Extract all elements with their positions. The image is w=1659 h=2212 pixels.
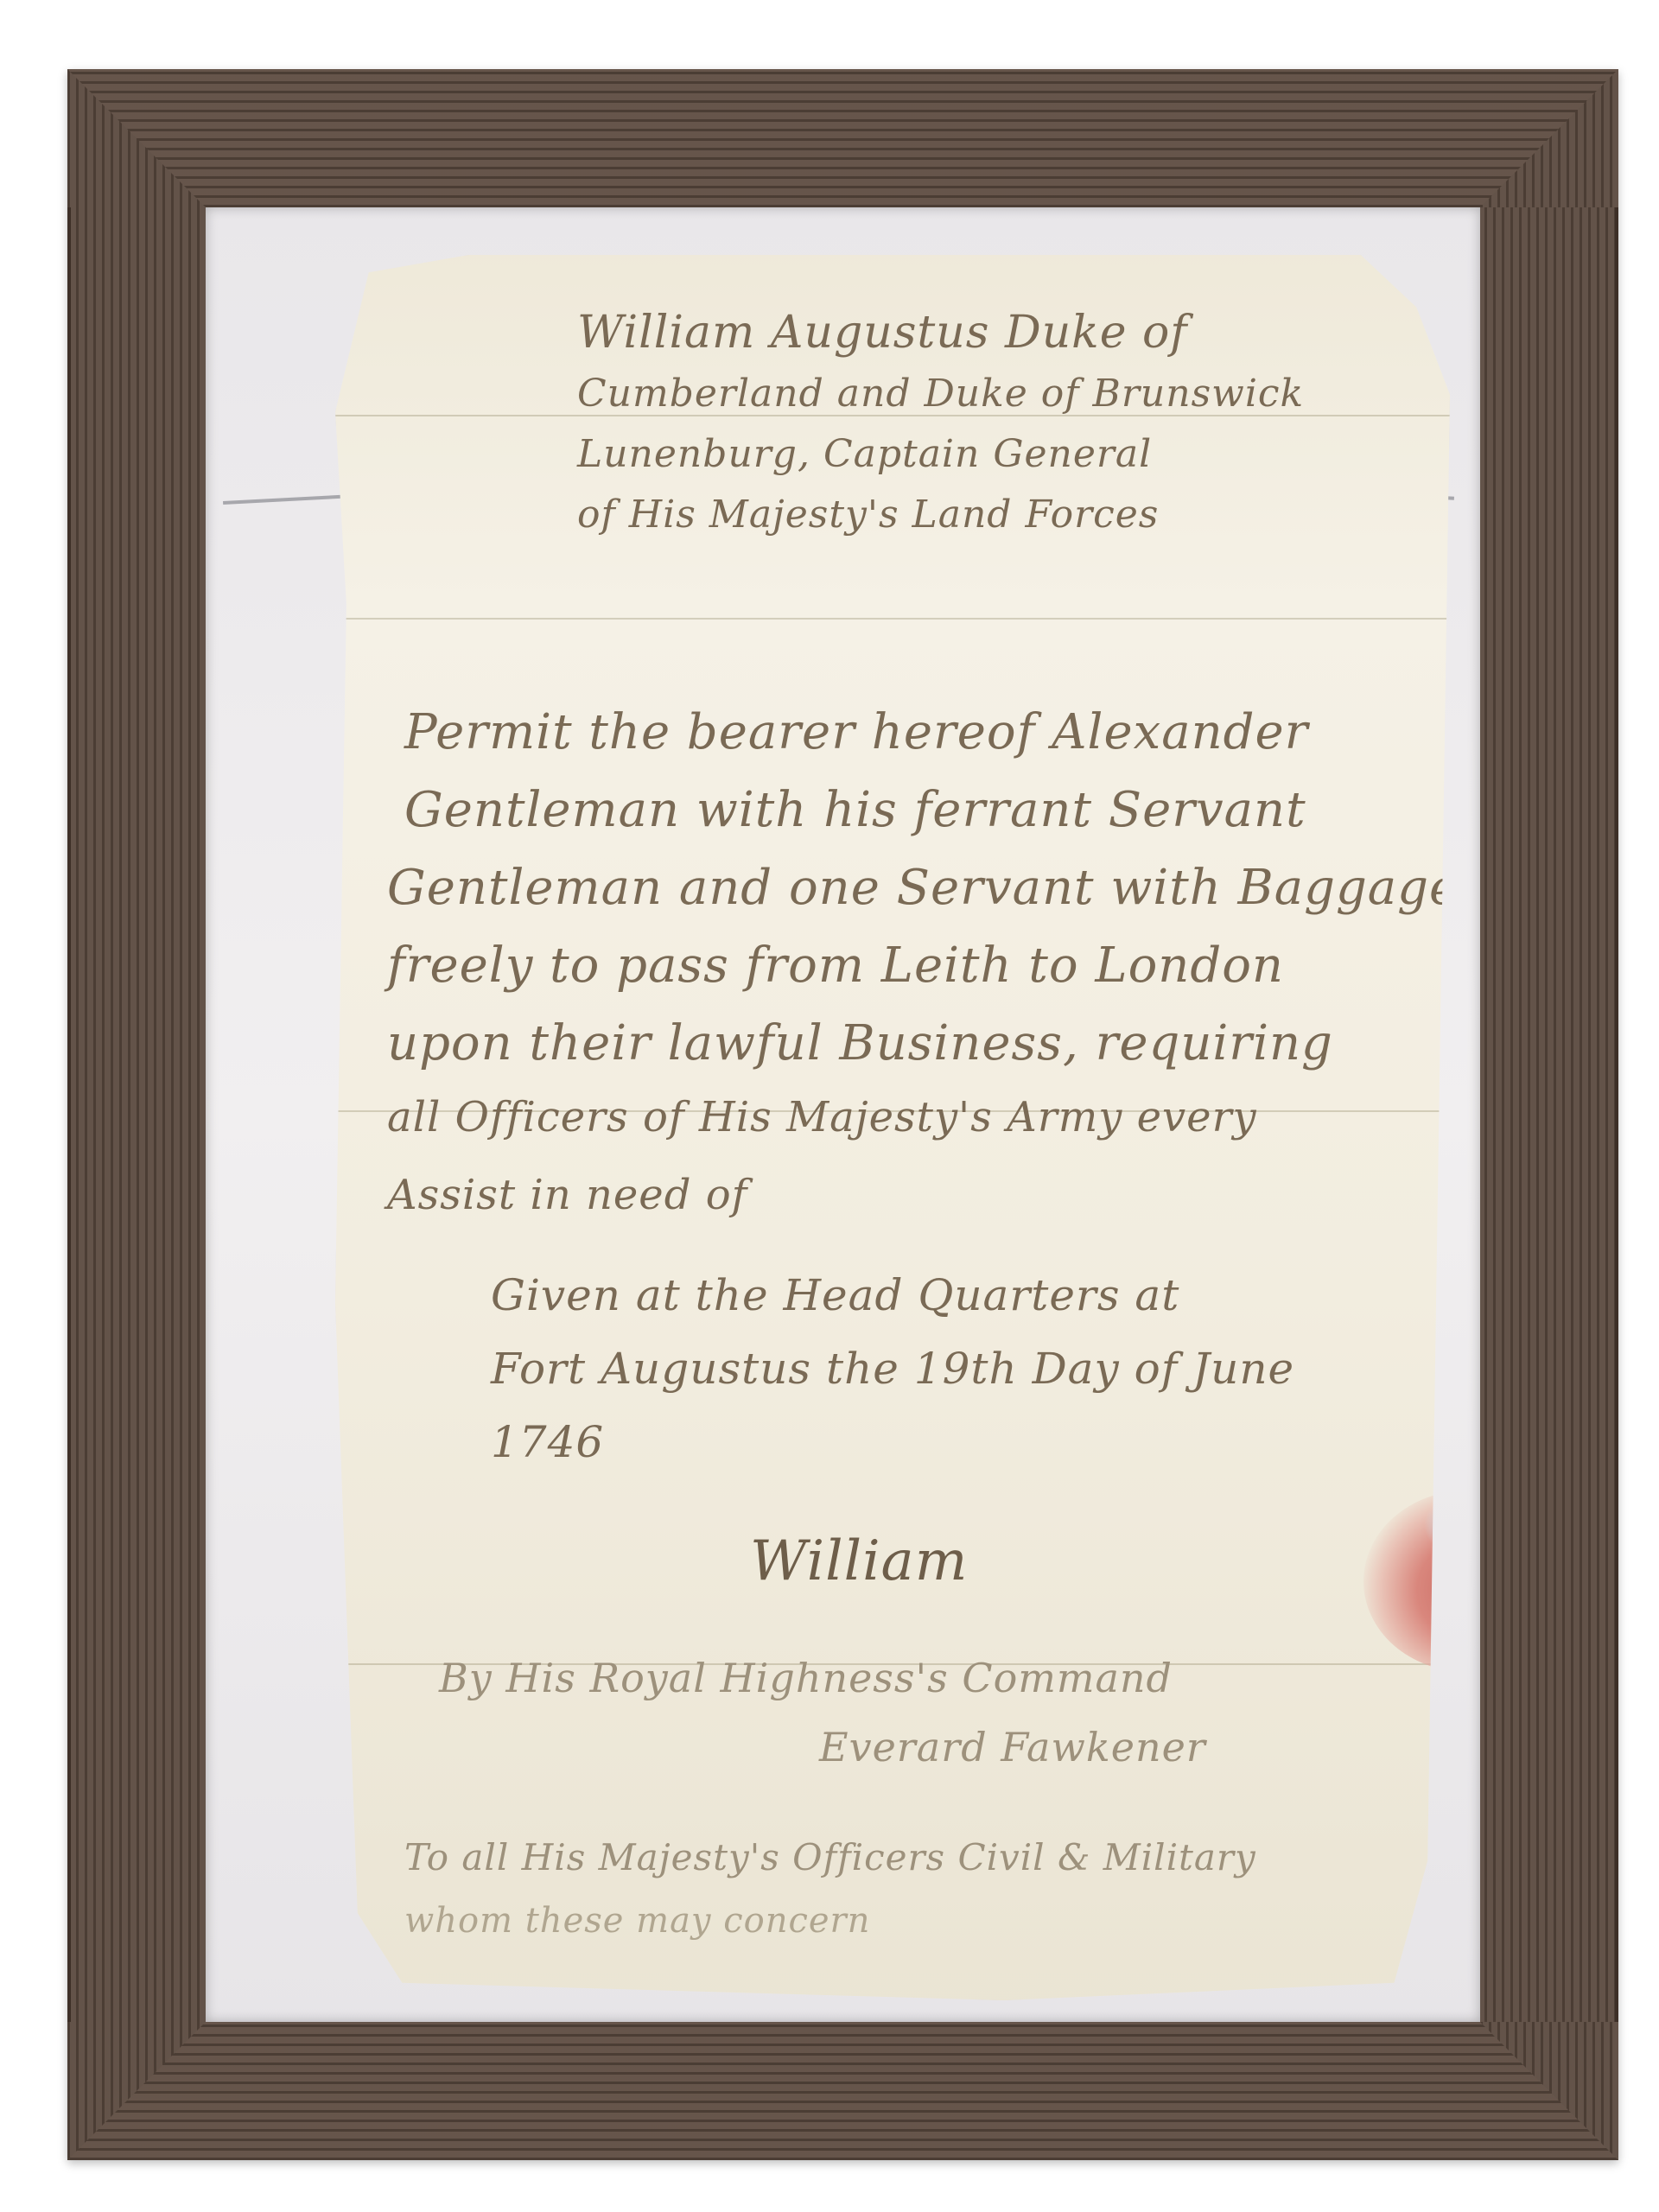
body-line: upon their lawful Business, requiring: [387, 1015, 1333, 1071]
header-line: William Augustus Duke of: [577, 307, 1188, 359]
paper-fold-line: [335, 618, 1450, 620]
body-line: Gentleman and one Servant with Baggage: [387, 860, 1459, 916]
footer-line: To all His Majesty's Officers Civil & Mi…: [404, 1836, 1256, 1878]
body-line: freely to pass from Leith to London: [387, 938, 1284, 994]
body-line: Permit the bearer hereof Alexander: [404, 704, 1308, 760]
red-wax-seal: [1363, 1491, 1480, 1672]
signature: William: [750, 1529, 968, 1593]
body-line: all Officers of His Majesty's Army every: [387, 1093, 1257, 1141]
aged-paper-document: William Augustus Duke of Cumberland and …: [335, 255, 1450, 2000]
frame-top-rail: [67, 69, 1618, 207]
frame-bottom-rail: [67, 2022, 1618, 2160]
header-line: Lunenburg, Captain General: [577, 432, 1152, 476]
glass-mat-background: William Augustus Duke of Cumberland and …: [206, 207, 1480, 2022]
body-line: Assist in need of: [387, 1171, 747, 1219]
footer-line: whom these may concern: [404, 1901, 870, 1941]
dateline-line: 1746: [491, 1417, 604, 1467]
countersign-line: By His Royal Highness's Command: [439, 1655, 1173, 1701]
dateline-line: Fort Augustus the 19th Day of June: [491, 1344, 1294, 1394]
body-line: Gentleman with his ferrant Servant: [404, 782, 1306, 838]
header-line: Cumberland and Duke of Brunswick: [577, 372, 1304, 416]
dateline-line: Given at the Head Quarters at: [491, 1270, 1179, 1320]
header-line: of His Majesty's Land Forces: [577, 493, 1159, 537]
countersign-line: Everard Fawkener: [819, 1724, 1206, 1770]
wooden-picture-frame: William Augustus Duke of Cumberland and …: [67, 69, 1618, 2160]
